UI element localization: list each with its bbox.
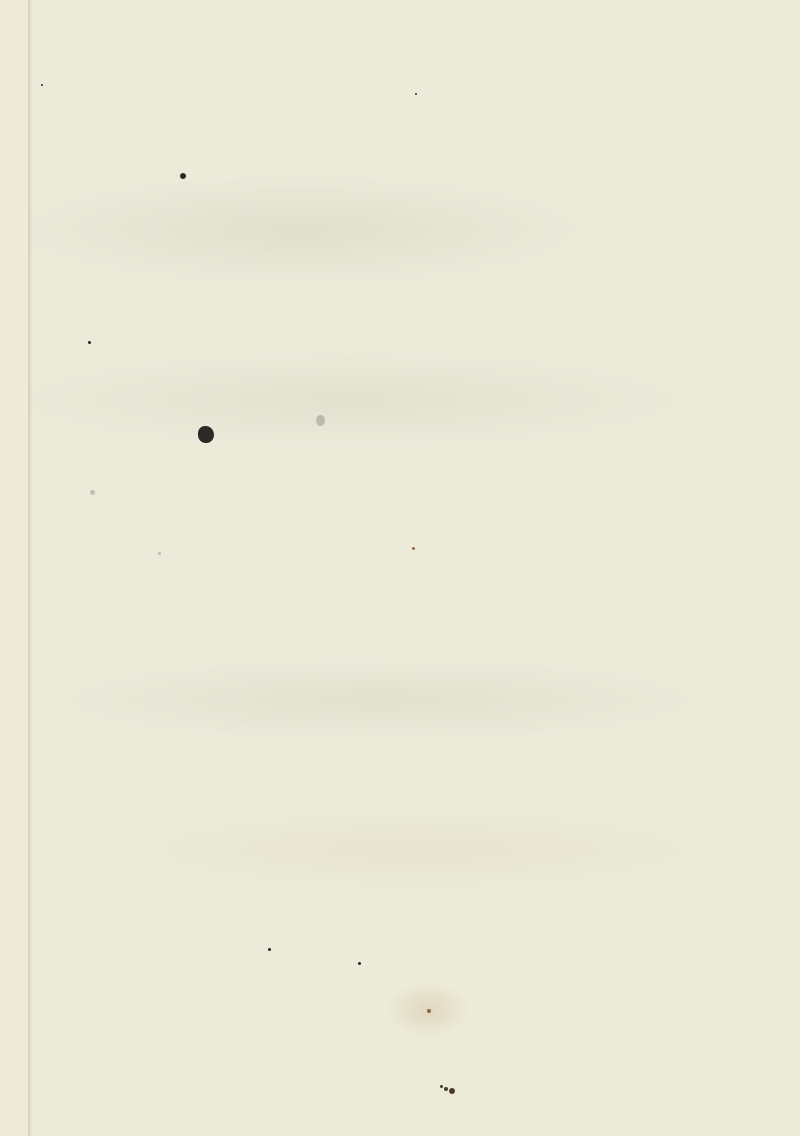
ink-spot xyxy=(358,962,361,965)
ink-spot xyxy=(41,84,43,86)
ink-spot xyxy=(180,173,186,179)
ink-spot xyxy=(440,1085,443,1088)
faint-mark xyxy=(90,490,95,495)
ink-spot xyxy=(198,426,214,443)
ink-spot xyxy=(444,1087,448,1091)
faint-mark xyxy=(158,552,161,555)
blank-paper-page xyxy=(0,0,800,1136)
rust-speck xyxy=(427,1009,431,1013)
ink-spot xyxy=(88,341,91,344)
ink-spot xyxy=(415,93,417,95)
ink-spot xyxy=(449,1088,455,1094)
ink-spot xyxy=(268,948,271,951)
faint-mark xyxy=(316,415,325,426)
binding-edge xyxy=(0,0,29,1136)
rust-speck xyxy=(412,547,415,550)
